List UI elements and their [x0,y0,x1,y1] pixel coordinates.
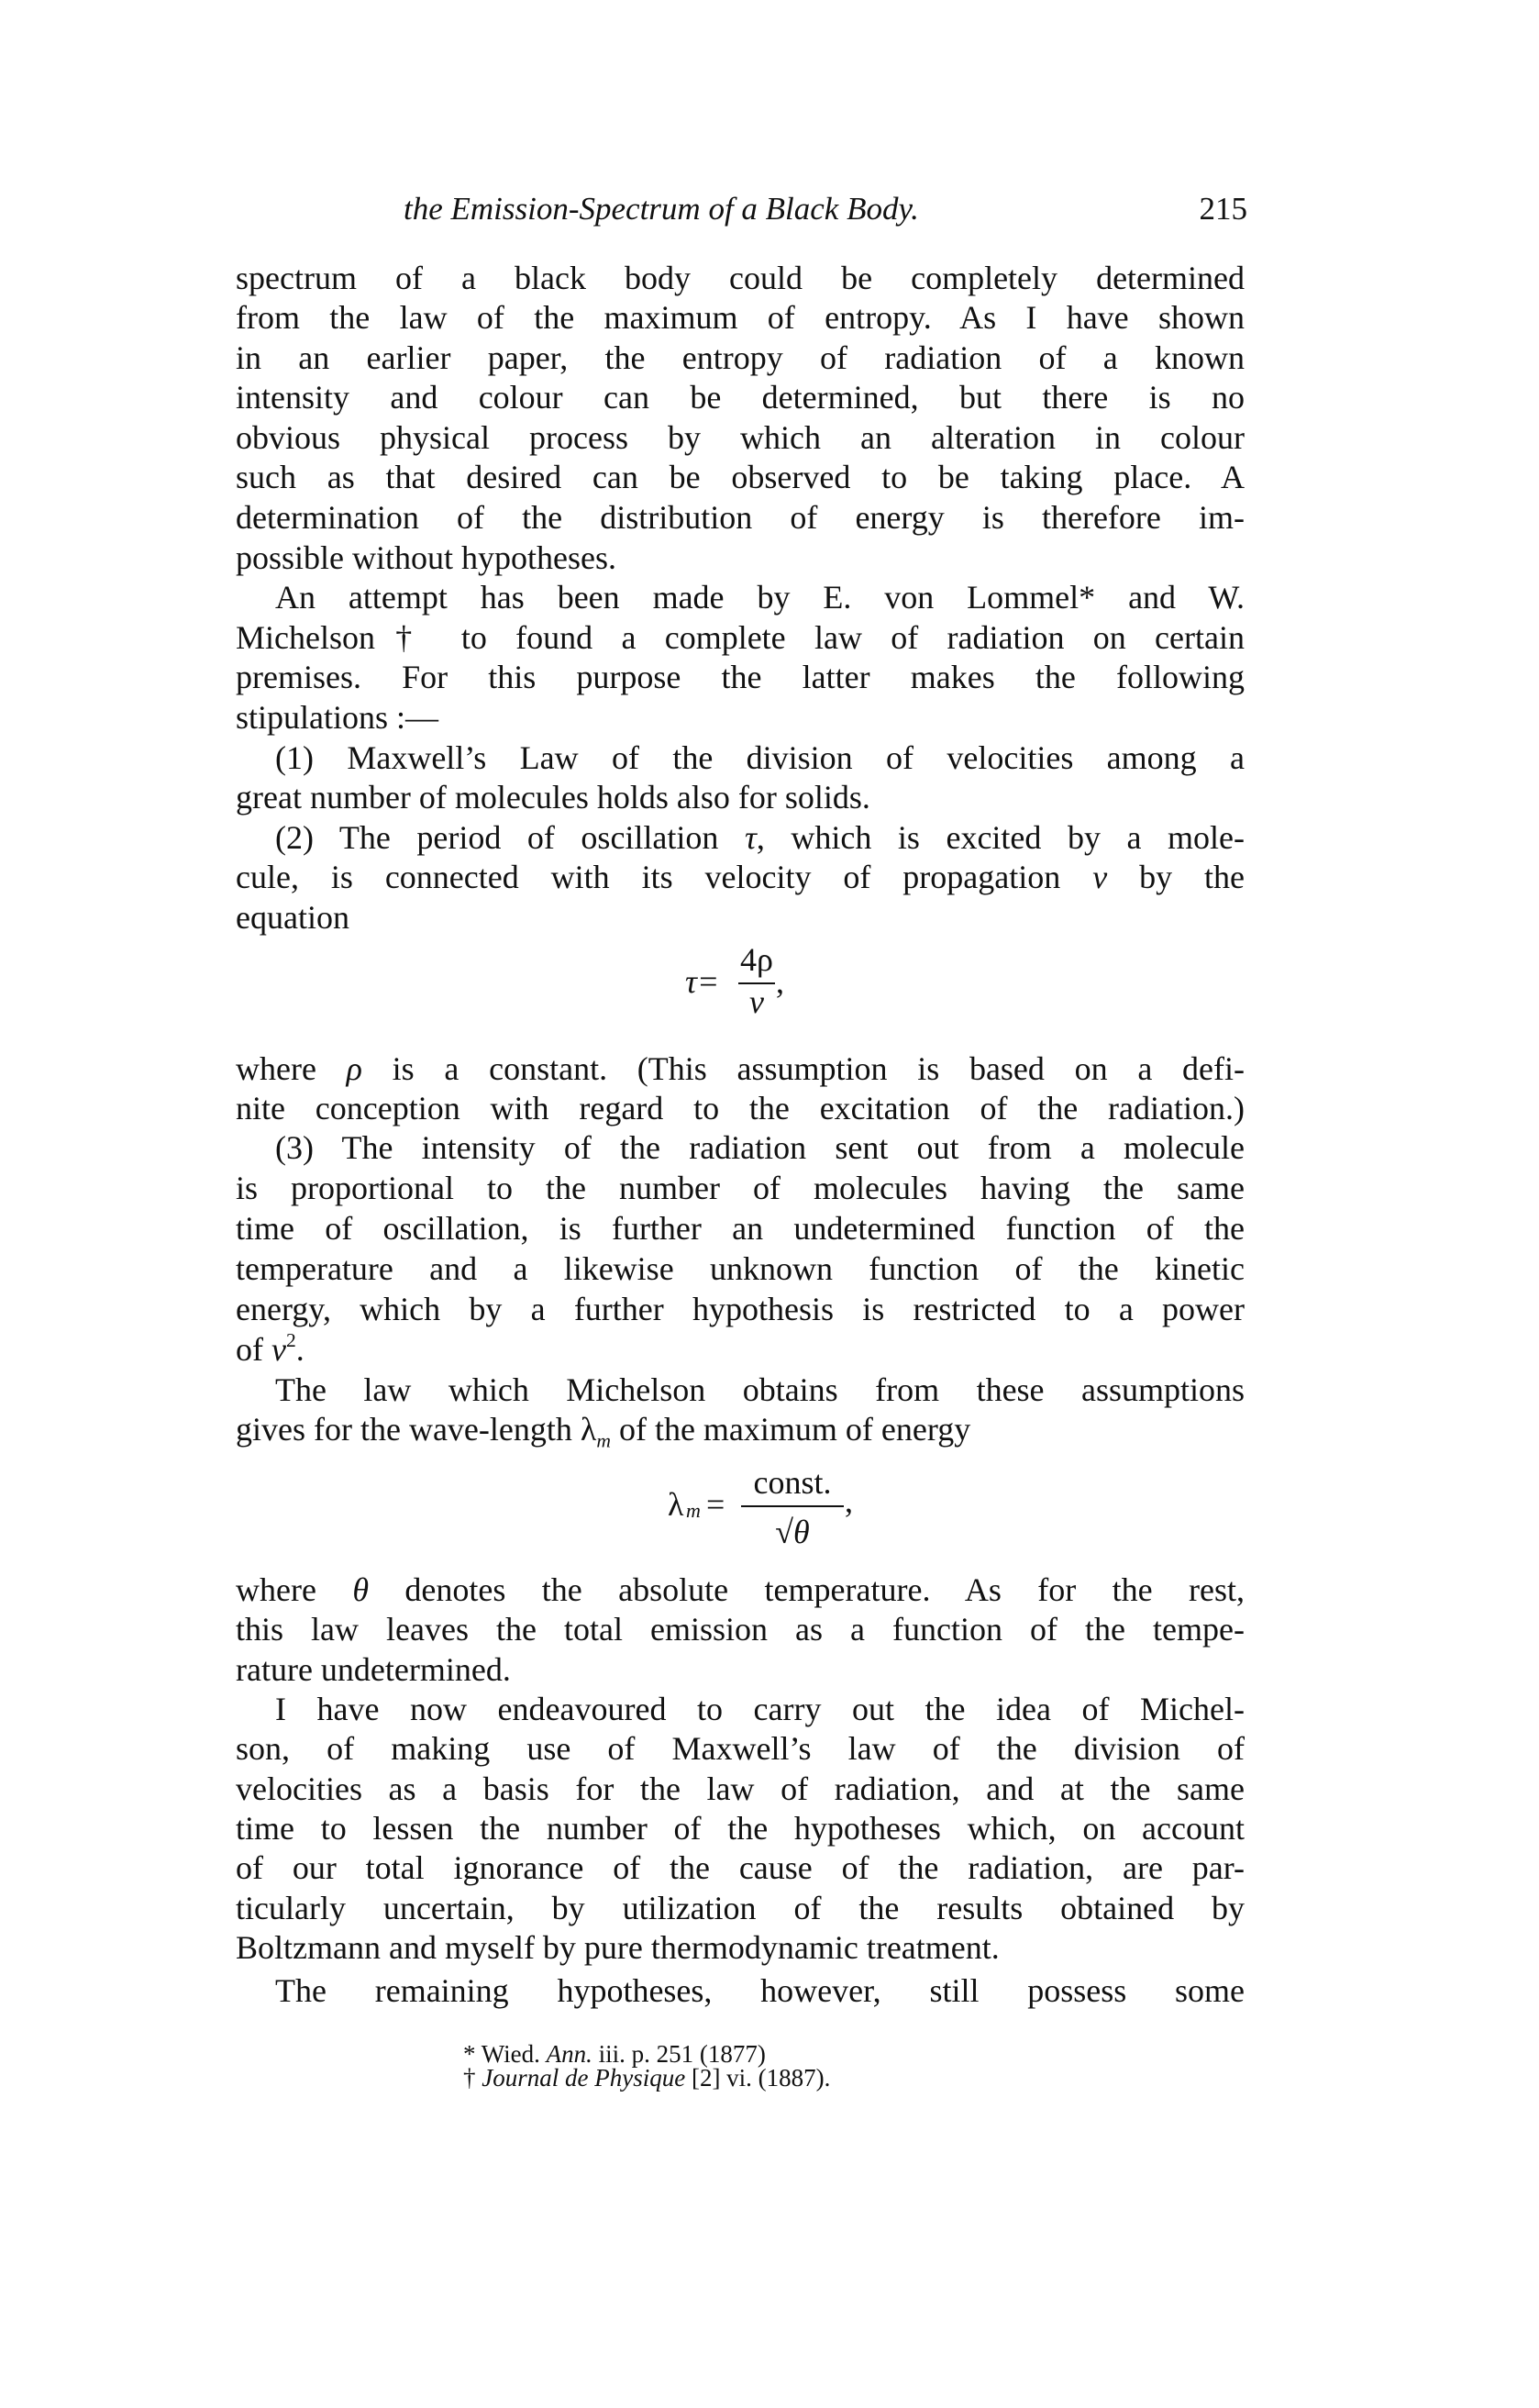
text-run: in an earlier paper, the entropy of radi… [236,339,1245,376]
text-run: [2] vi. (1887). [685,2064,830,2092]
running-head: the Emission-Spectrum of a Black Body. 2… [404,193,1247,229]
text-run: by the [1107,859,1245,895]
text-run: rature undetermined. [236,1651,511,1688]
paragraph-first-line: An attempt has been made by E. von Lomme… [275,581,1245,614]
text-run: nite conception with regard to the excit… [236,1090,1245,1126]
italic-math-symbol: m [596,1430,611,1452]
fraction-bar [741,1505,844,1507]
paragraph-first-line: The remaining hypotheses, however, still… [275,1974,1245,2007]
text-run: premises. For this purpose the latter ma… [236,659,1245,695]
paragraph-first-line: (2) The period of oscillation τ, which i… [275,821,1245,854]
text-line: where ρ is a constant. (This assumption … [236,1052,1245,1085]
text-run: Michelson† to found a complete law of ra… [236,619,1245,656]
text-line: nite conception with regard to the excit… [236,1092,1245,1125]
text-run: is proportional to the number of molecul… [236,1170,1245,1206]
text-run: obvious physical process by which an alt… [236,419,1245,456]
equation-lambda-fraction: const. √θ [741,1460,844,1552]
text-run: (2) The period of oscillation [275,819,745,856]
text-run: where [236,1050,347,1087]
text-line: this law leaves the total emission as a … [236,1613,1245,1646]
text-line: son, of making use of Maxwell’s law of t… [236,1732,1245,1765]
text-run: denotes the absolute temperature. As for… [369,1571,1245,1608]
footnote: * Wied. Ann. iii. p. 251 (1877) [463,2042,766,2067]
text-run: † [463,2064,482,2092]
text-line: obvious physical process by which an alt… [236,421,1245,454]
text-run: great number of molecules holds also for… [236,779,870,816]
text-line: Michelson† to found a complete law of ra… [236,621,1245,654]
text-run: spectrum of a black body could be comple… [236,260,1245,296]
text-run: of the maximum of energy [611,1411,970,1448]
italic-math-symbol: ρ [347,1050,362,1087]
italic-math-symbol: v [1092,859,1107,895]
text-line: rature undetermined. [236,1653,1245,1686]
text-line: where θ denotes the absolute temperature… [236,1573,1245,1606]
equation-lambda-equals: = [706,1488,725,1521]
text-line: spectrum of a black body could be comple… [236,261,1245,294]
paragraph-first-line: (1) Maxwell’s Law of the division of vel… [275,741,1245,774]
text-run: stipulations :— [236,699,438,736]
equation-tau-denominator: v [738,985,775,1018]
text-run: from the law of the maximum of entropy. … [236,299,1245,336]
text-run: time of oscillation, is further an undet… [236,1210,1245,1247]
text-line: time to lessen the number of the hypothe… [236,1812,1245,1845]
text-run: time to lessen the number of the hypothe… [236,1810,1245,1847]
text-run: ticularly uncertain, by utilization of t… [236,1890,1245,1926]
text-line: in an earlier paper, the entropy of radi… [236,341,1245,374]
text-run: determination of the distribution of ene… [236,499,1245,536]
text-run: of [236,1331,271,1368]
text-run: gives for the wave-length [236,1411,581,1448]
text-run: 2 [286,1329,296,1351]
text-run: temperature and a likewise unknown funct… [236,1250,1245,1287]
text-line: energy, which by a further hypothesis is… [236,1293,1245,1326]
text-line: Boltzmann and myself by pure thermodynam… [236,1931,1245,1964]
text-run: (3) The intensity of the radiation sent … [275,1129,1245,1166]
text-run: where [236,1571,352,1608]
equation-tau-lhs: τ= [685,965,719,998]
text-run: equation [236,899,349,936]
equation-lambda-symbol: λ [668,1488,683,1521]
text-line: such as that desired can be observed to … [236,461,1245,494]
text-run: The remaining hypotheses, however, still… [275,1972,1245,2009]
paragraph-first-line: (3) The intensity of the radiation sent … [275,1131,1245,1164]
italic-math-symbol: θ [352,1571,369,1608]
paragraph-first-line: The law which Michelson obtains from the… [275,1373,1245,1406]
equation-lambda-comma: , [845,1484,853,1517]
footnote: † Journal de Physique [2] vi. (1887). [463,2066,830,2091]
italic-math-symbol: v [271,1331,286,1368]
text-run: energy, which by a further hypothesis is… [236,1291,1245,1327]
italic-math-symbol: τ [745,819,757,856]
text-line: great number of molecules holds also for… [236,781,1245,814]
text-run: son, of making use of Maxwell’s law of t… [236,1730,1245,1767]
text-line: cule, is connected with its velocity of … [236,860,1245,893]
text-line: from the law of the maximum of entropy. … [236,301,1245,334]
text-line: equation [236,901,1245,934]
text-run: λ [581,1411,596,1448]
text-line: gives for the wave-length λm of the maxi… [236,1413,1245,1446]
text-run: of our total ignorance of the cause of t… [236,1849,1245,1886]
italic-math-symbol: Journal de Physique [482,2064,685,2092]
page-number: 215 [1200,193,1248,225]
text-run: , which is excited by a mole- [757,819,1245,856]
text-run: velocities as a basis for the law of rad… [236,1770,1245,1807]
text-run: An attempt has been made by E. von Lomme… [275,579,1245,616]
text-run: is a constant. (This assumption is based… [362,1050,1245,1087]
text-line: velocities as a basis for the law of rad… [236,1772,1245,1805]
running-title: the Emission-Spectrum of a Black Body. [404,193,919,225]
paragraph-first-line: I have now endeavoured to carry out the … [275,1692,1245,1726]
text-line: temperature and a likewise unknown funct… [236,1252,1245,1285]
text-line: possible without hypotheses. [236,541,1245,574]
text-run: The law which Michelson obtains from the… [275,1371,1245,1408]
text-run: such as that desired can be observed to … [236,459,1245,495]
equation-lambda: λ m = const. √θ , [668,1460,860,1552]
text-line: premises. For this purpose the latter ma… [236,660,1245,694]
equation-tau-numerator: 4ρ [738,943,775,976]
text-line: time of oscillation, is further an undet… [236,1212,1245,1245]
text-run: possible without hypotheses. [236,539,616,576]
text-line: determination of the distribution of ene… [236,501,1245,534]
equation-lambda-denominator: √θ [741,1515,844,1548]
text-line: is proportional to the number of molecul… [236,1171,1245,1204]
equation-tau: τ= 4ρ v , [685,938,814,1020]
text-run: this law leaves the total emission as a … [236,1611,1245,1648]
equation-tau-fraction: 4ρ v [738,938,775,1020]
text-run: Boltzmann and myself by pure thermodynam… [236,1929,1000,1966]
text-run: cule, is connected with its velocity of … [236,859,1092,895]
text-line: ticularly uncertain, by utilization of t… [236,1892,1245,1925]
equation-tau-comma: , [776,965,784,998]
text-run: (1) Maxwell’s Law of the division of vel… [275,739,1245,776]
text-line: intensity and colour can be determined, … [236,381,1245,414]
equation-lambda-subscript: m [686,1501,701,1521]
text-run: intensity and colour can be determined, … [236,379,1245,416]
equation-lambda-numerator: const. [741,1466,844,1499]
text-line: of our total ignorance of the cause of t… [236,1851,1245,1884]
text-line: stipulations :— [236,701,1245,734]
text-run: . [296,1331,304,1368]
text-line: of v2. [236,1333,1245,1366]
document-page: the Emission-Spectrum of a Black Body. 2… [0,0,1539,2408]
text-run: I have now endeavoured to carry out the … [275,1691,1245,1727]
